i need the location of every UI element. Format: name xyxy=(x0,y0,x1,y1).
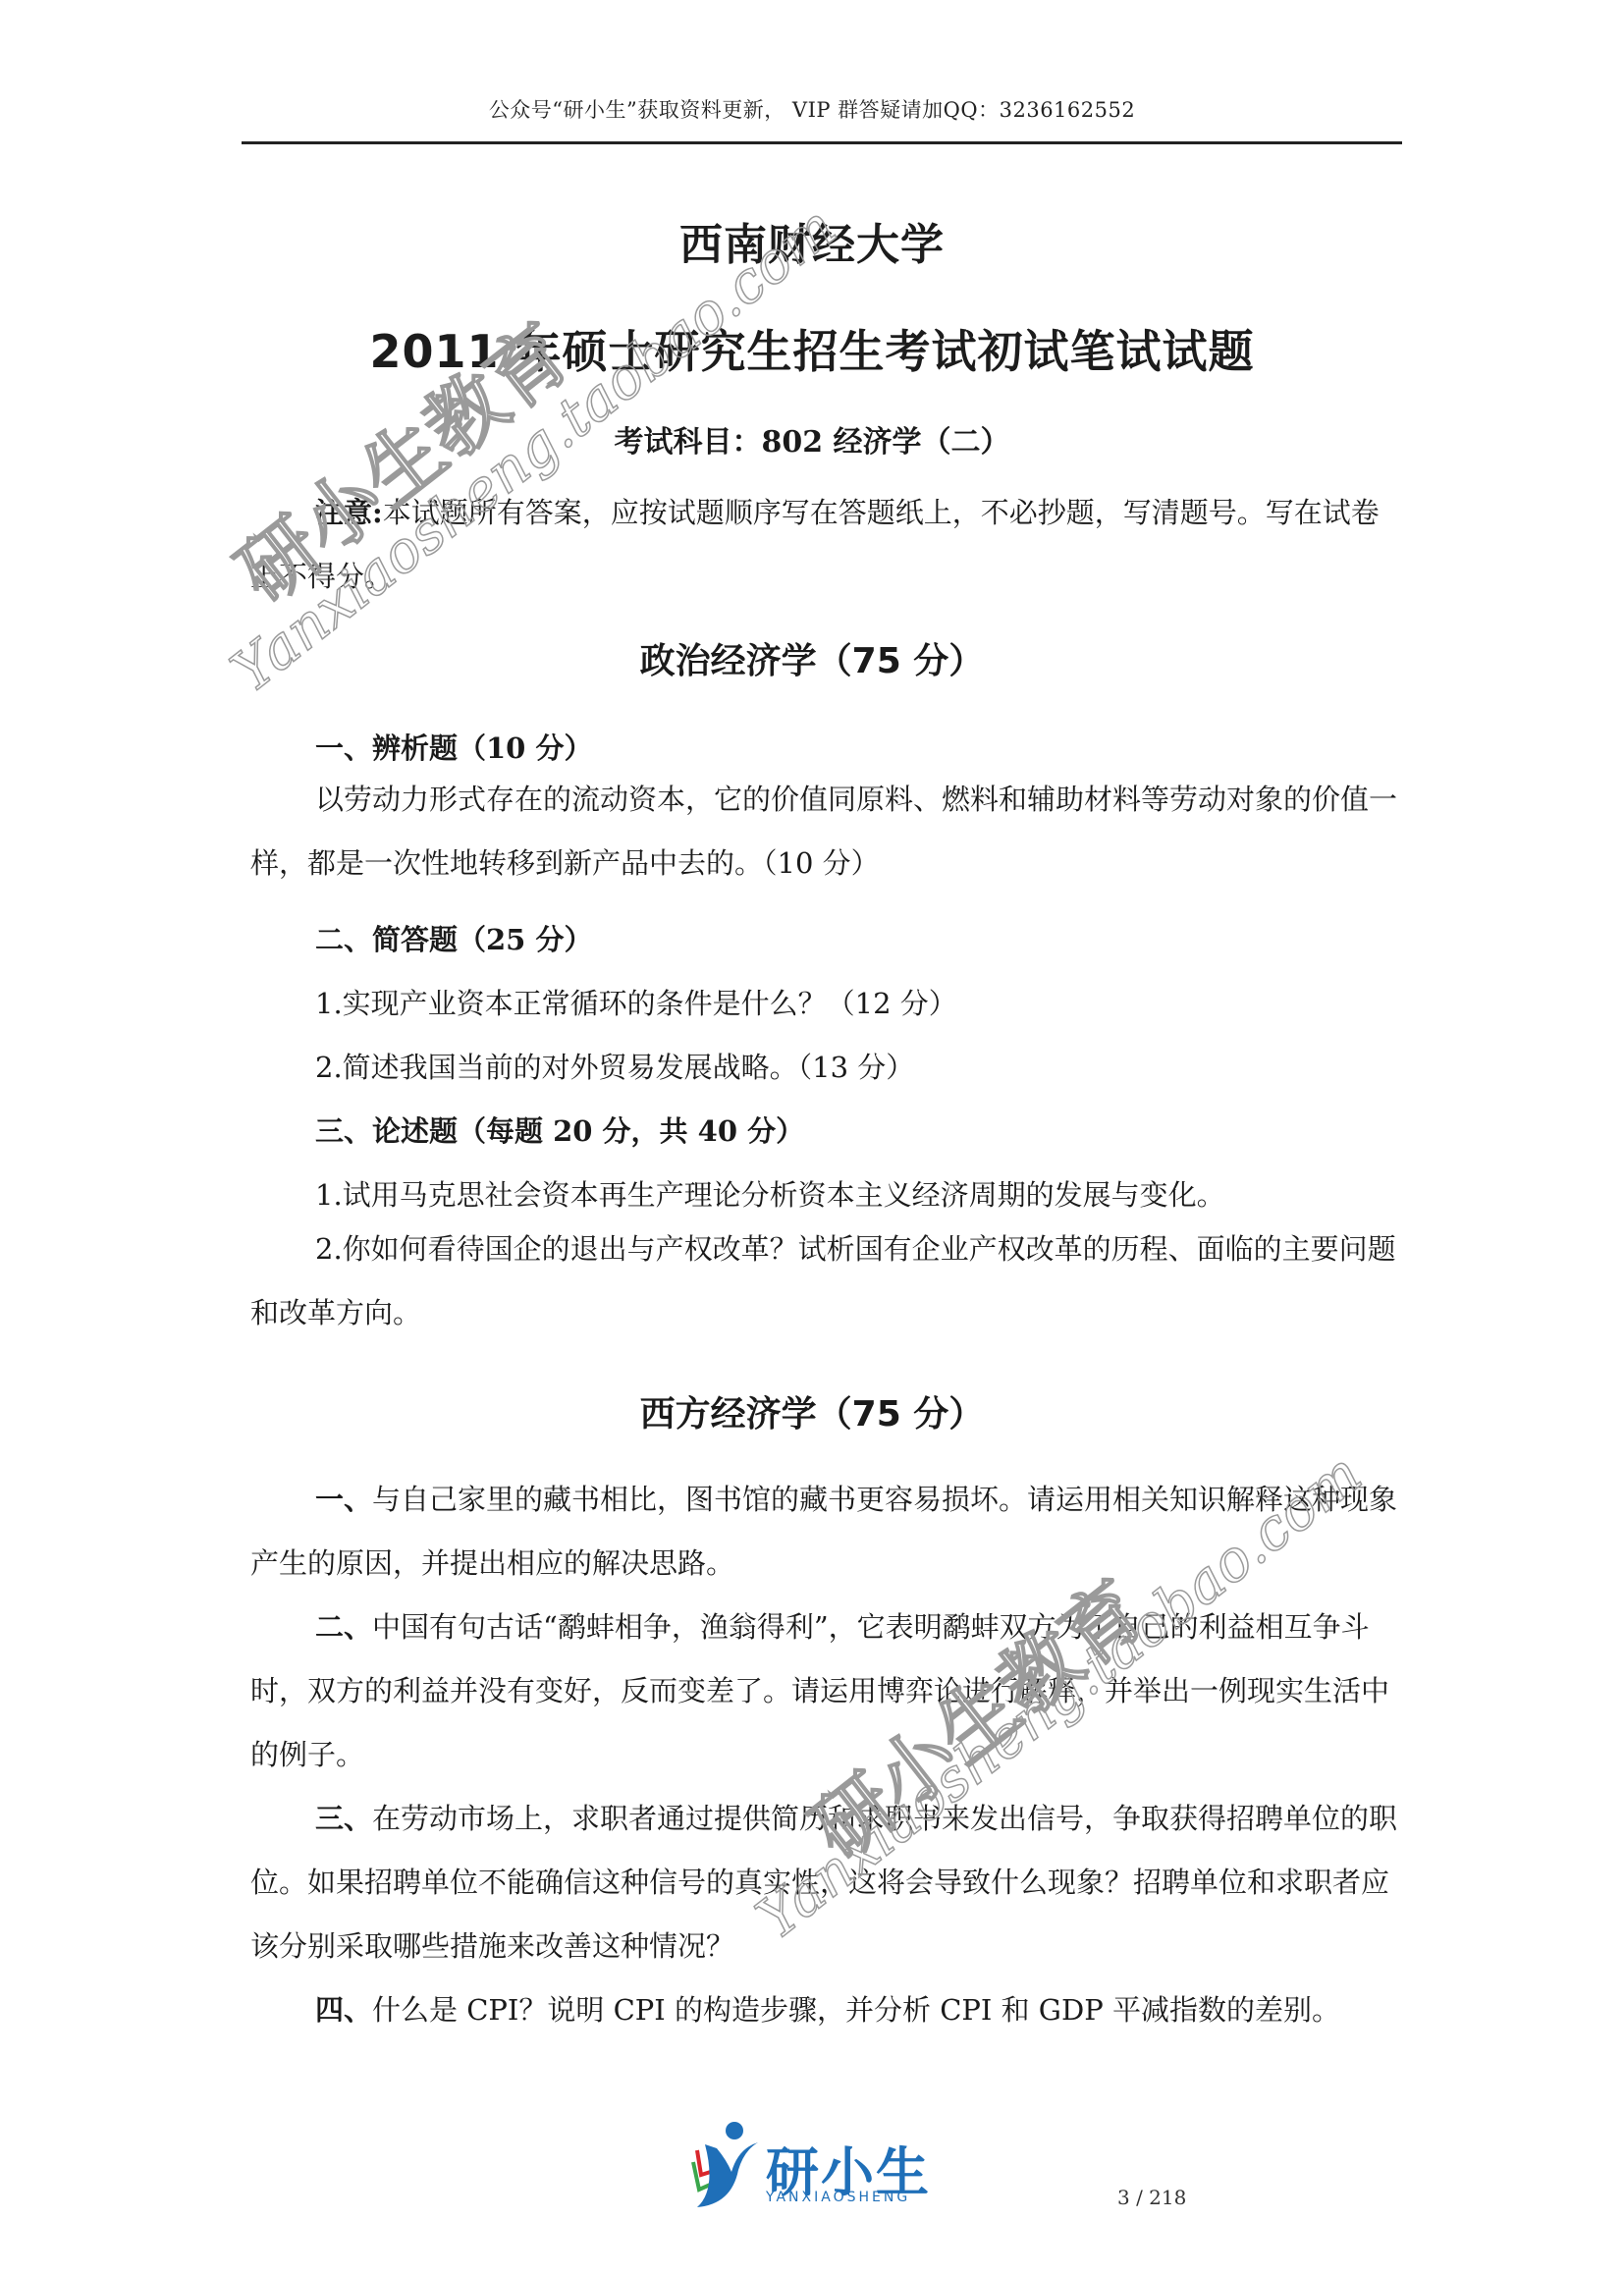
question-label: 一、 xyxy=(315,1483,372,1516)
university-title: 西南财经大学 xyxy=(0,209,1624,272)
part1-section2-item2: 2.简述我国当前的对外贸易发展战略。（13 分） xyxy=(315,1046,914,1086)
exam-subject: 考试科目：802 经济学（二） xyxy=(0,417,1624,460)
part1-section2-item1: 1.实现产业资本正常循环的条件是什么？（12 分） xyxy=(315,982,957,1022)
part2-question2: 二、中国有句古话“鹬蚌相争，渔翁得利”，它表明鹬蚌双方为了自己的利益相互争斗时，… xyxy=(250,1596,1401,1787)
question-text: 与自己家里的藏书相比，图书馆的藏书更容易损坏。请运用相关知识解释这种现象产生的原… xyxy=(250,1483,1397,1580)
logo-subtext: YANXIAOSHENG xyxy=(766,2190,910,2205)
header-note: 公众号“研小生”获取资料更新， VIP 群答疑请加QQ：3236162552 xyxy=(0,94,1624,124)
question-text: 在劳动市场上，求职者通过提供简历和求职书来发出信号，争取获得招聘单位的职位。如果… xyxy=(250,1802,1397,1963)
part1-section3-item1: 1.试用马克思社会资本再生产理论分析资本主义经济周期的发展与变化。 xyxy=(315,1173,1225,1214)
notice-text: 本试题所有答案，应按试题顺序写在答题纸上，不必抄题，写清题号。写在试卷上不得分。 xyxy=(250,496,1380,593)
part2-question1: 一、与自己家里的藏书相比，图书馆的藏书更容易损坏。请运用相关知识解释这种现象产生… xyxy=(250,1468,1401,1596)
exam-title: 2011 年硕士研究生招生考试初试笔试试题 xyxy=(0,316,1624,381)
question-label: 二、 xyxy=(315,1610,372,1644)
question-text: 中国有句古话“鹬蚌相争，渔翁得利”，它表明鹬蚌双方为了自己的利益相互争斗时，双方… xyxy=(250,1610,1389,1771)
footer-logo: 研小生 YANXIAOSHENG xyxy=(687,2121,972,2219)
part1-section1-item1: 以劳动力形式存在的流动资本，它的价值同原料、燃料和辅助材料等劳动对象的价值一样，… xyxy=(250,768,1401,895)
part1-section3-heading: 三、论述题（每题 20 分，共 40 分） xyxy=(315,1110,804,1150)
part2-question4: 四、什么是 CPI？说明 CPI 的构造步骤，并分析 CPI 和 GDP 平减指… xyxy=(250,1978,1401,2042)
page-number: 3 / 218 xyxy=(1117,2186,1186,2209)
notice: 注意:本试题所有答案，应按试题顺序写在答题纸上，不必抄题，写清题号。写在试卷上不… xyxy=(250,481,1401,609)
part1-section3-item2: 2.你如何看待国企的退出与产权改革？试析国有企业产权改革的历程、面临的主要问题和… xyxy=(250,1218,1401,1345)
logo-mark-icon xyxy=(687,2121,766,2219)
notice-label: 注意: xyxy=(315,496,383,529)
question-text: 什么是 CPI？说明 CPI 的构造步骤，并分析 CPI 和 GDP 平减指数的… xyxy=(372,1993,1340,2027)
part2-question3: 三、在劳动市场上，求职者通过提供简历和求职书来发出信号，争取获得招聘单位的职位。… xyxy=(250,1787,1401,1978)
part2-title: 西方经济学（75 分） xyxy=(0,1386,1624,1436)
question-label: 三、 xyxy=(315,1802,372,1835)
part1-section1-heading: 一、辨析题（10 分） xyxy=(315,727,592,767)
question-label: 四、 xyxy=(315,1993,372,2027)
part1-title: 政治经济学（75 分） xyxy=(0,633,1624,683)
header-rule xyxy=(242,141,1402,144)
part1-section2-heading: 二、简答题（25 分） xyxy=(315,918,592,958)
